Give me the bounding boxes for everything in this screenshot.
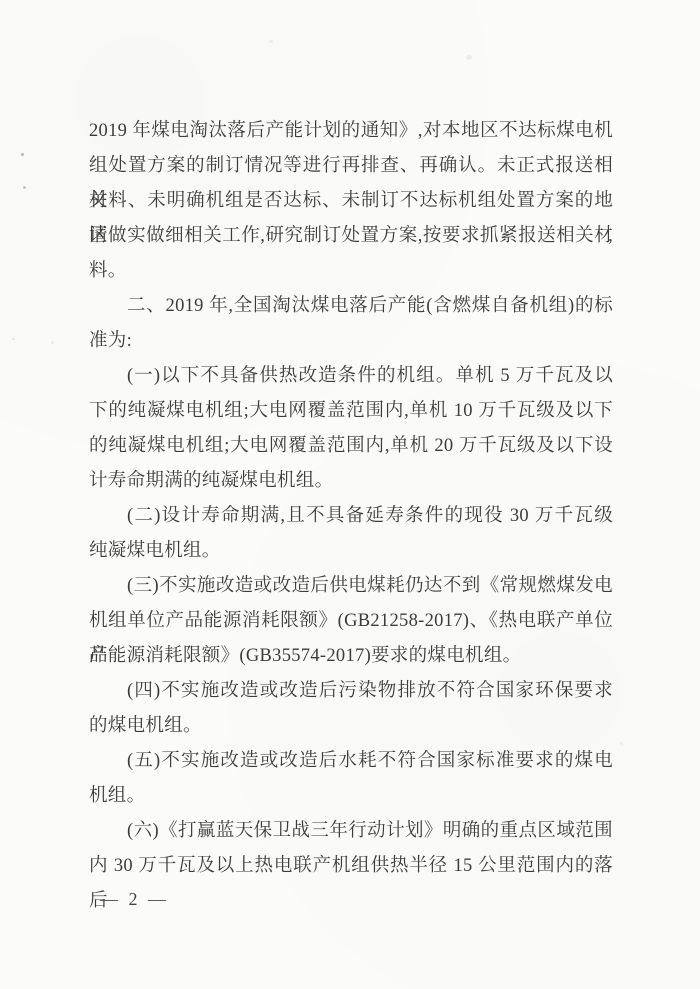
text-line: 下的纯凝煤电机组;大电网覆盖范围内,单机 10 万千瓦级及以下 [89, 394, 613, 429]
text-line: 的煤电机组。 [89, 709, 613, 744]
text-line: 的纯凝煤电机组;大电网覆盖范围内,单机 20 万千瓦级及以下设 [89, 429, 613, 464]
text-line: 内 30 万千瓦及以上热电联产机组供热半径 15 公里范围内的落后 [89, 849, 613, 884]
text-line: 品能源消耗限额》(GB35574-2017)要求的煤电机组。 [89, 639, 613, 674]
text-line: (一)以下不具备供热改造条件的机组。单机 5 万千瓦及以 [89, 359, 613, 394]
text-line: 准为: [89, 324, 613, 359]
document-body: 2019 年煤电淘汰落后产能计划的通知》,对本地区不达标煤电机 组处置方案的制订… [89, 114, 613, 884]
text-line: 组处置方案的制订情况等进行再排查、再确认。未正式报送相关 [89, 149, 613, 184]
scan-speck [21, 153, 24, 156]
text-line: 纯凝煤电机组。 [89, 534, 613, 569]
text-line: 计寿命期满的纯凝煤电机组。 [89, 464, 613, 499]
text-line: (四)不实施改造或改造后污染物排放不符合国家环保要求 [89, 674, 613, 709]
scan-speck [51, 341, 54, 344]
text-line: 机组单位产品能源消耗限额》(GB21258-2017)、《热电联产单位产 [89, 604, 613, 639]
text-line: 请做实做细相关工作,研究制订处置方案,按要求抓紧报送相关材 [89, 219, 613, 254]
page-number: — 2 — [100, 884, 169, 914]
text-line: 料。 [89, 254, 613, 289]
text-line: (三)不实施改造或改造后供电煤耗仍达不到《常规燃煤发电 [89, 569, 613, 604]
text-line: 二、2019 年,全国淘汰煤电落后产能(含燃煤自备机组)的标 [89, 289, 613, 324]
document-page: 2019 年煤电淘汰落后产能计划的通知》,对本地区不达标煤电机 组处置方案的制订… [0, 0, 700, 989]
text-line: (六)《打赢蓝天保卫战三年行动计划》明确的重点区域范围 [89, 814, 613, 849]
scan-speck [12, 338, 15, 340]
text-line: 2019 年煤电淘汰落后产能计划的通知》,对本地区不达标煤电机 [89, 114, 613, 149]
text-line: 机组。 [89, 779, 613, 814]
scan-speck [620, 742, 623, 745]
text-line: (五)不实施改造或改造后水耗不符合国家标准要求的煤电 [89, 744, 613, 779]
text-line: (二)设计寿命期满,且不具备延寿条件的现役 30 万千瓦级 [89, 499, 613, 534]
scan-speck [23, 186, 26, 189]
scan-speck [269, 40, 273, 43]
text-line: 材料、未明确机组是否达标、未制订不达标机组处置方案的地区, [89, 184, 613, 219]
scan-speck [466, 55, 472, 60]
